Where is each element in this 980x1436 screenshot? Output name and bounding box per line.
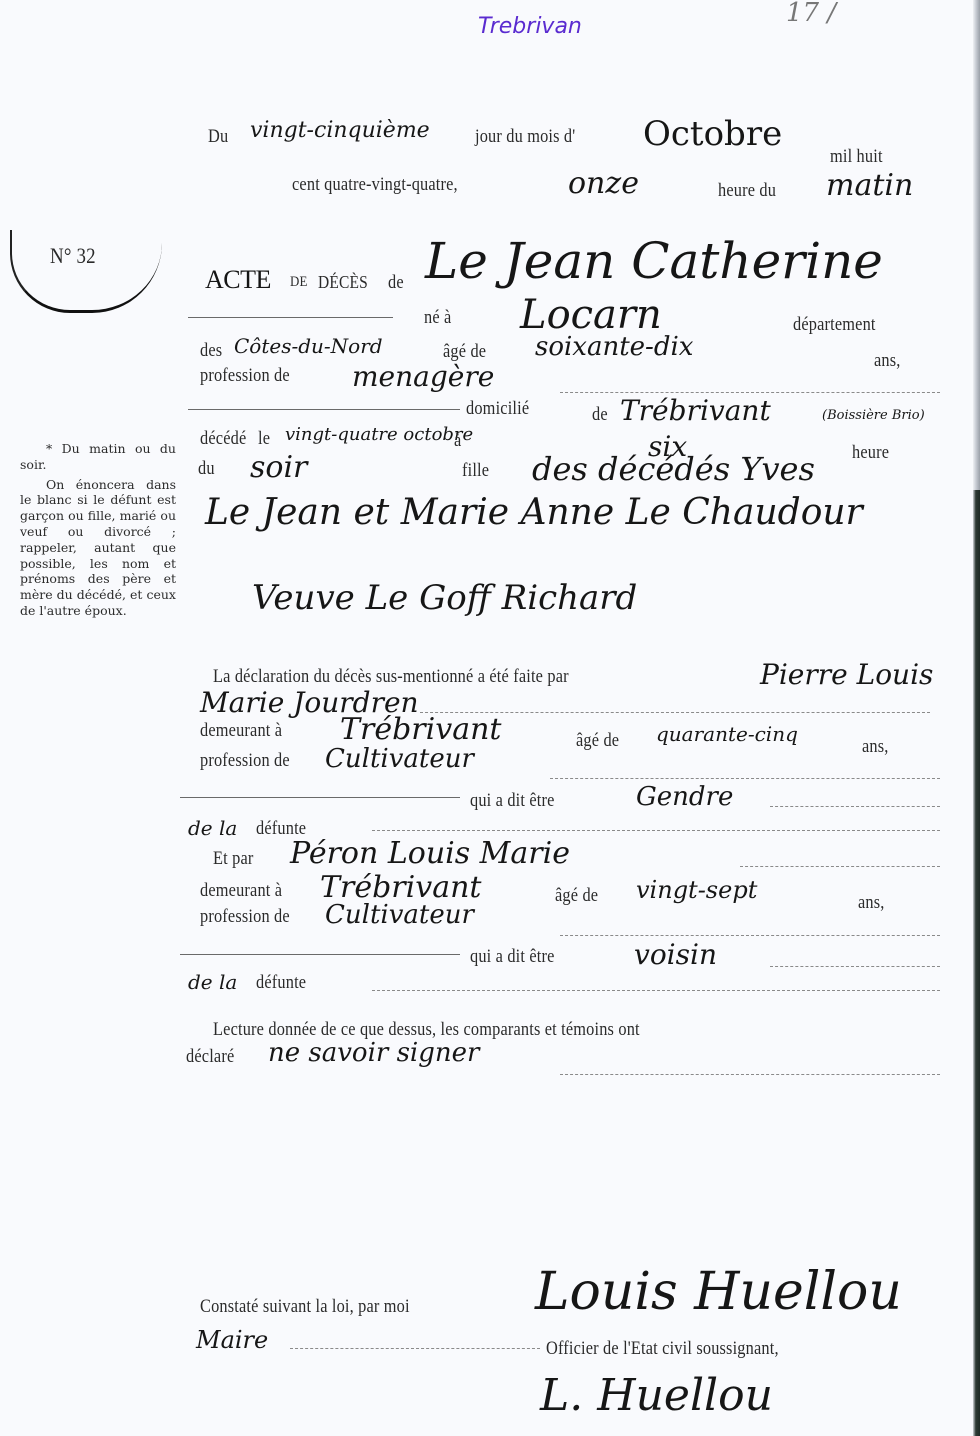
blank-line bbox=[550, 778, 940, 779]
blank-line bbox=[560, 1074, 940, 1075]
death-period-value: soir bbox=[250, 450, 307, 485]
profession-value: menagère bbox=[352, 360, 494, 393]
page-binding-edge bbox=[973, 490, 980, 1436]
blank-line bbox=[290, 1348, 540, 1349]
label-ans: ans, bbox=[858, 892, 885, 914]
label-profession: profession de bbox=[200, 906, 290, 928]
margin-note-line1: * Du matin ou du soir. bbox=[20, 441, 176, 473]
blank-line bbox=[740, 866, 940, 867]
place-annotation: Trebrivan bbox=[478, 14, 582, 39]
label-heure-du: heure du bbox=[718, 180, 776, 202]
declarant1-name-part1: Pierre Louis bbox=[760, 658, 933, 691]
label-a: à bbox=[454, 430, 461, 452]
blank-line bbox=[770, 966, 940, 967]
label-decede: décédé bbox=[200, 428, 246, 450]
declarant2-age: vingt-sept bbox=[636, 876, 757, 904]
declarant2-profession: Cultivateur bbox=[325, 900, 474, 930]
label-jour-du-mois: jour du mois d' bbox=[475, 126, 575, 148]
label-demeurant: demeurant à bbox=[200, 880, 282, 902]
label-ans: ans, bbox=[874, 350, 901, 372]
label-cent-quatre-vingt-quatre: cent quatre-vingt-quatre, bbox=[292, 174, 458, 196]
page-edge-shadow bbox=[973, 0, 980, 490]
label-acte: ACTE bbox=[205, 265, 271, 295]
department-value: Côtes-du-Nord bbox=[234, 334, 383, 358]
margin-note: * Du matin ou du soir. On énoncera dans … bbox=[20, 441, 176, 619]
signing-statement: ne savoir signer bbox=[268, 1038, 479, 1068]
label-constate: Constaté suivant la loi, par moi bbox=[200, 1296, 410, 1318]
blank-line bbox=[560, 392, 940, 393]
blank-line bbox=[560, 935, 940, 936]
spouse-value: Veuve Le Goff Richard bbox=[252, 578, 637, 618]
label-heure: heure bbox=[852, 442, 889, 464]
period-value: matin bbox=[826, 168, 913, 203]
domicile-note: (Boissière Brio) bbox=[822, 408, 925, 423]
blank-line bbox=[180, 954, 460, 955]
label-fille: fille bbox=[462, 460, 489, 482]
declarant1-age: quarante-cinq bbox=[656, 722, 798, 746]
label-profession: profession de bbox=[200, 365, 290, 387]
civil-record-page: Trebrivan 17 / Du vingt-cinquième jour d… bbox=[0, 0, 980, 1436]
label-declaration-intro: La déclaration du décès sus-mentionné a … bbox=[213, 666, 569, 688]
deceased-name: Le Jean Catherine bbox=[425, 232, 883, 290]
label-du: du bbox=[198, 458, 215, 480]
label-du: Du bbox=[208, 126, 228, 148]
officer-signature: L. Huellou bbox=[540, 1370, 773, 1421]
label-de2: de bbox=[388, 272, 404, 294]
label-relation: qui a dit être bbox=[470, 946, 555, 968]
blank-line bbox=[372, 990, 940, 991]
declarant1-residence: Trébrivant bbox=[340, 712, 501, 747]
label-declare: déclaré bbox=[186, 1046, 234, 1068]
death-date-value: vingt-quatre octobre bbox=[285, 424, 473, 445]
declarant1-profession: Cultivateur bbox=[325, 744, 474, 774]
label-relation: qui a dit être bbox=[470, 790, 555, 812]
parents-line2: Le Jean et Marie Anne Le Chaudour bbox=[205, 492, 863, 533]
label-le: le bbox=[258, 428, 270, 450]
blank-line bbox=[188, 409, 460, 410]
act-number: N° 32 bbox=[50, 243, 96, 269]
officer-title: Maire bbox=[196, 1326, 268, 1354]
blank-line bbox=[180, 797, 460, 798]
label-de-domicile: de bbox=[592, 404, 608, 426]
hour-value: onze bbox=[568, 166, 639, 201]
blank-line bbox=[188, 317, 393, 318]
corner-mark: 17 / bbox=[786, 0, 836, 28]
label-domicilie: domicilié bbox=[466, 398, 529, 420]
label-et-par: Et par bbox=[213, 848, 254, 870]
label-profession: profession de bbox=[200, 750, 290, 772]
label-ne-a: né à bbox=[424, 307, 451, 329]
label-deces: DÉCÈS bbox=[318, 272, 368, 293]
label-age: âgé de bbox=[576, 730, 619, 752]
day-value: vingt-cinquième bbox=[250, 118, 430, 143]
label-departement: département bbox=[793, 314, 876, 336]
label-defunte: défunte bbox=[256, 972, 306, 994]
month-value: Octobre bbox=[643, 114, 782, 154]
label-ans: ans, bbox=[862, 736, 889, 758]
blank-line bbox=[770, 806, 940, 807]
label-mil-huit: mil huit bbox=[830, 146, 883, 168]
age-value: soixante-dix bbox=[535, 332, 693, 362]
label-officier: Officier de l'Etat civil soussignant, bbox=[546, 1338, 779, 1360]
label-des: des bbox=[200, 340, 222, 362]
declarant1-relation: Gendre bbox=[636, 782, 733, 812]
officer-name: Louis Huellou bbox=[535, 1262, 902, 1322]
label-de: DE bbox=[290, 274, 308, 291]
margin-note-paragraph: On énoncera dans le blanc si le défunt e… bbox=[20, 477, 176, 619]
label-de-la: de la bbox=[188, 970, 237, 994]
parents-line1: des décédés Yves bbox=[532, 450, 815, 488]
label-de-la: de la bbox=[188, 816, 237, 840]
declarant2-name: Péron Louis Marie bbox=[290, 836, 570, 871]
label-age: âgé de bbox=[555, 885, 598, 907]
label-demeurant: demeurant à bbox=[200, 720, 282, 742]
declarant2-relation: voisin bbox=[634, 938, 717, 971]
domicile-value: Trébrivant bbox=[620, 394, 771, 427]
blank-line bbox=[372, 830, 940, 831]
